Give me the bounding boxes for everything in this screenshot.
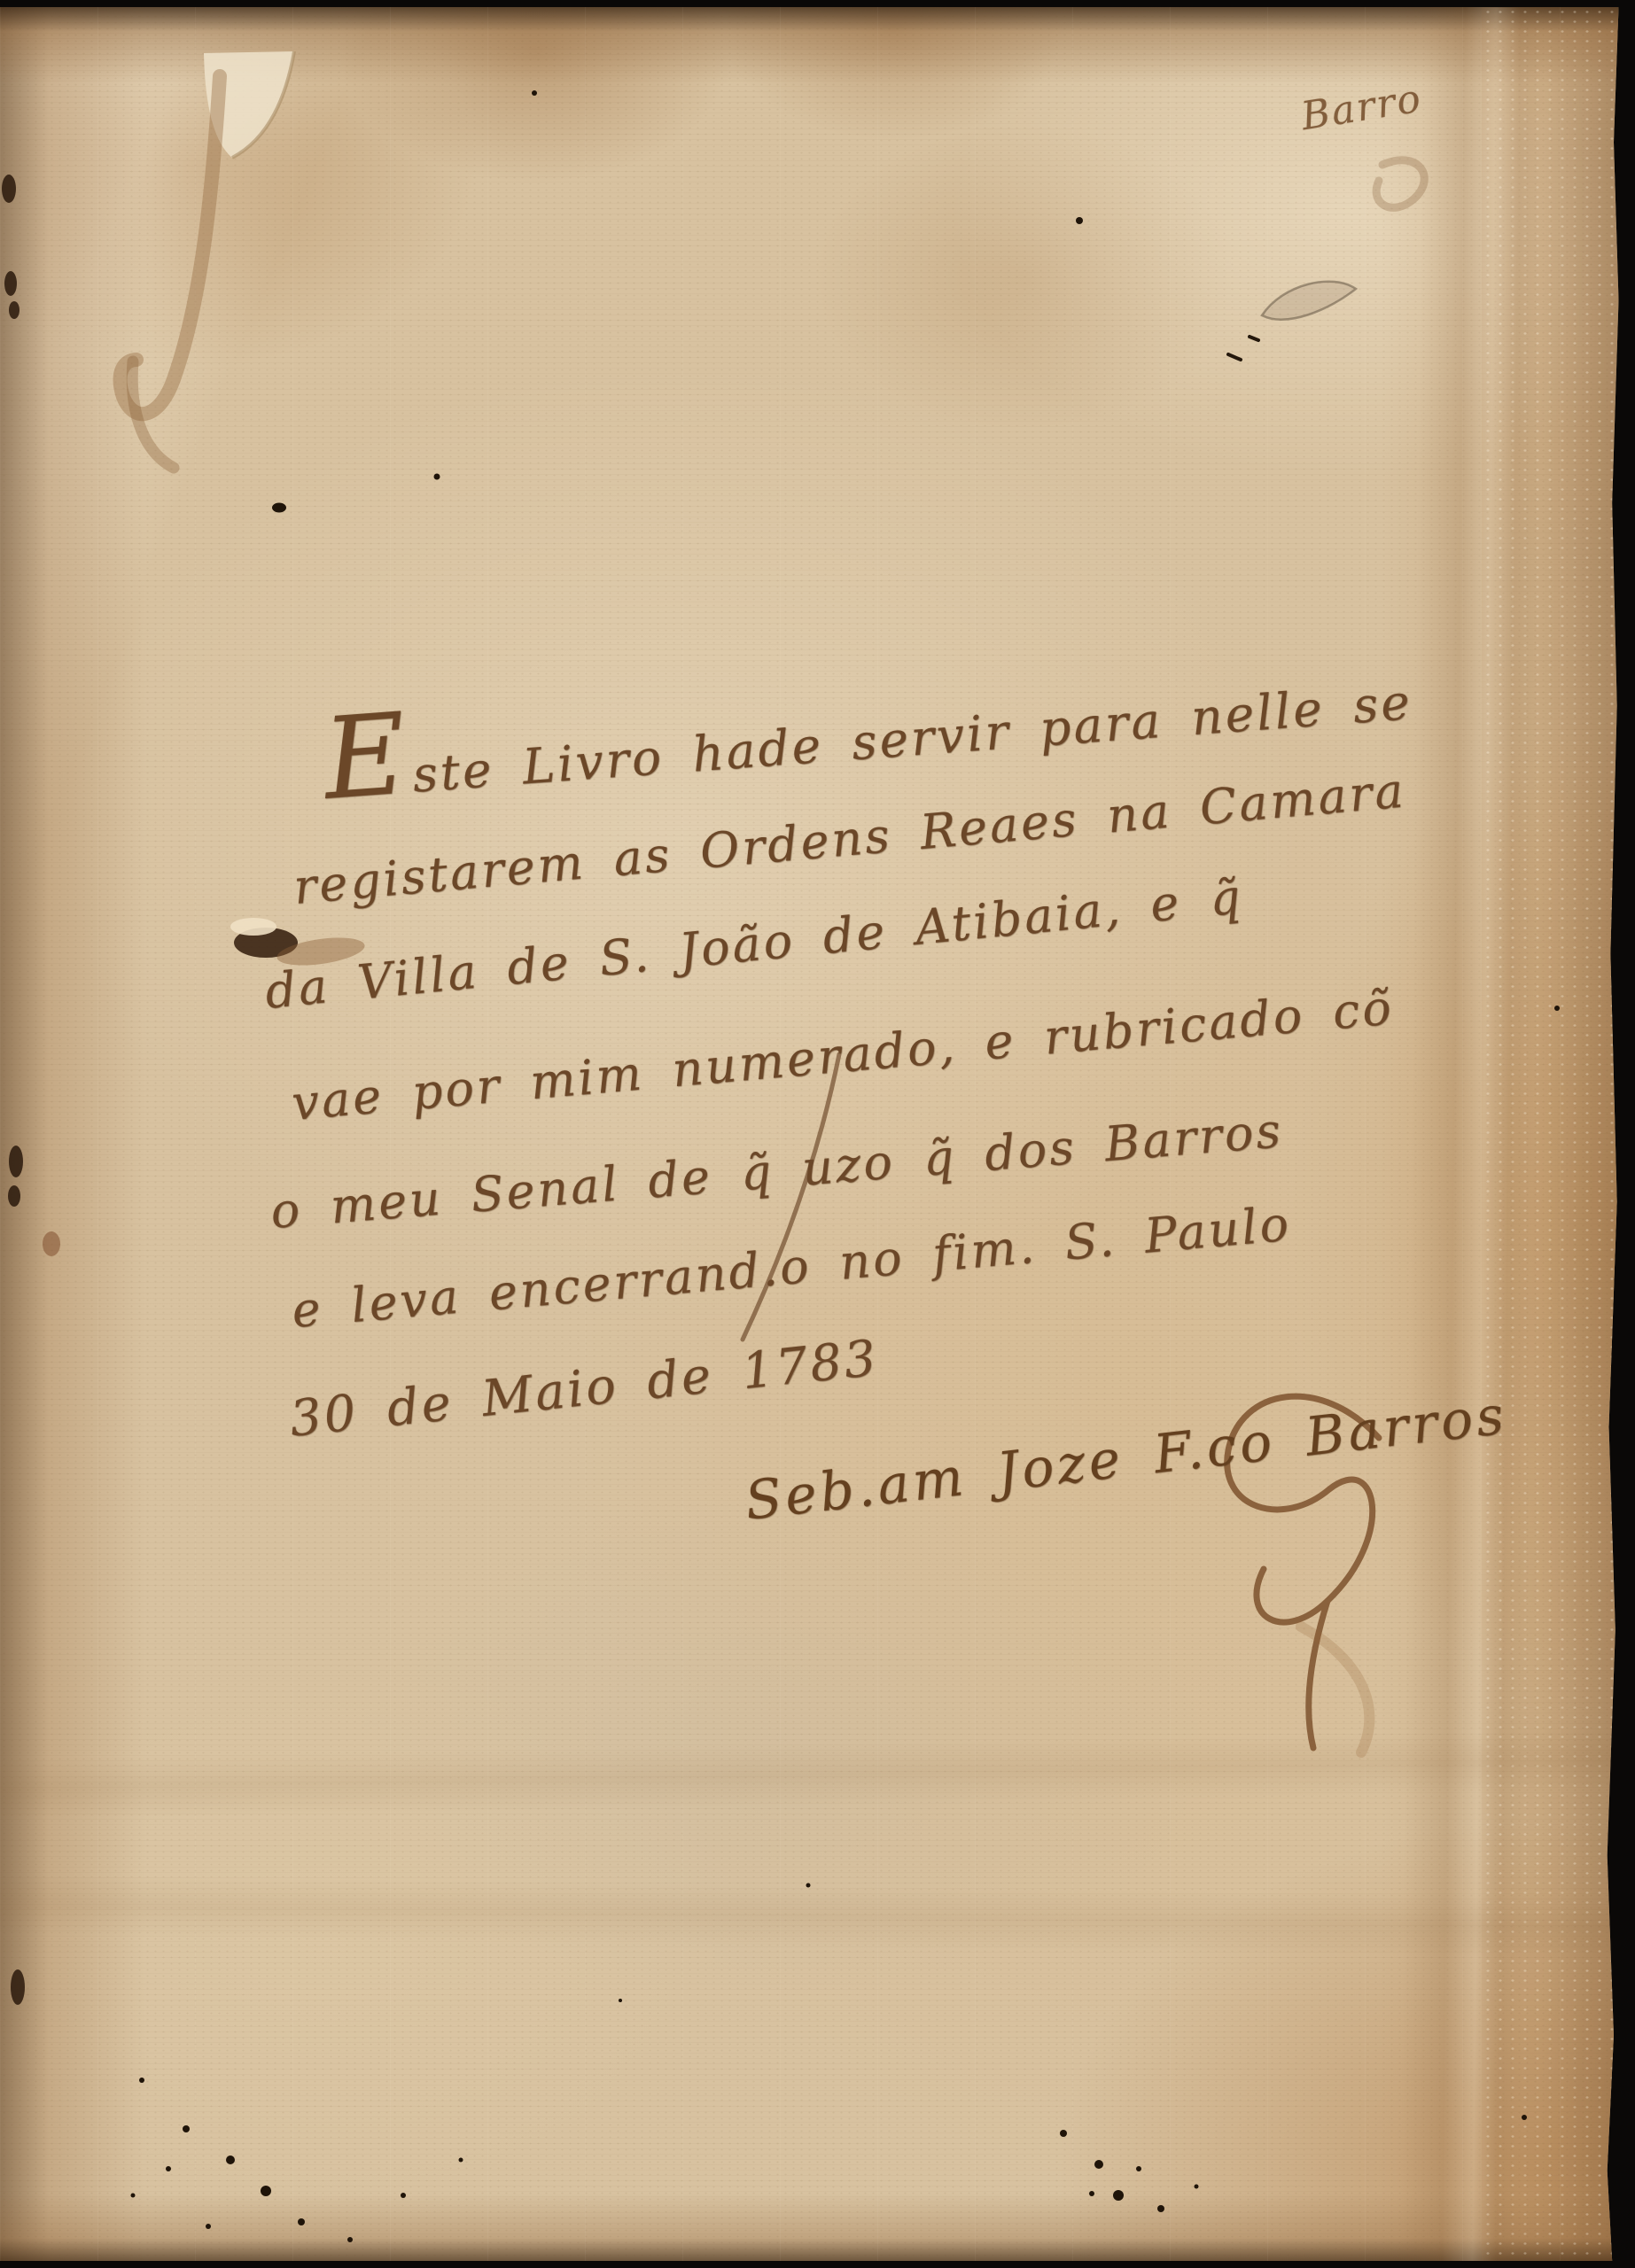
manuscript-date-line: 30 de Maio de 1783 (287, 1329, 881, 1448)
manuscript-text: Este Livro hade servir para nelle se reg… (0, 7, 1623, 2261)
signature: Seb.am Joze F.co Barros (742, 1384, 1510, 1532)
scanner-background: Barro Este Livro hade servir para nelle … (0, 0, 1635, 2268)
manuscript-page: Barro Este Livro hade servir para nelle … (0, 7, 1623, 2261)
